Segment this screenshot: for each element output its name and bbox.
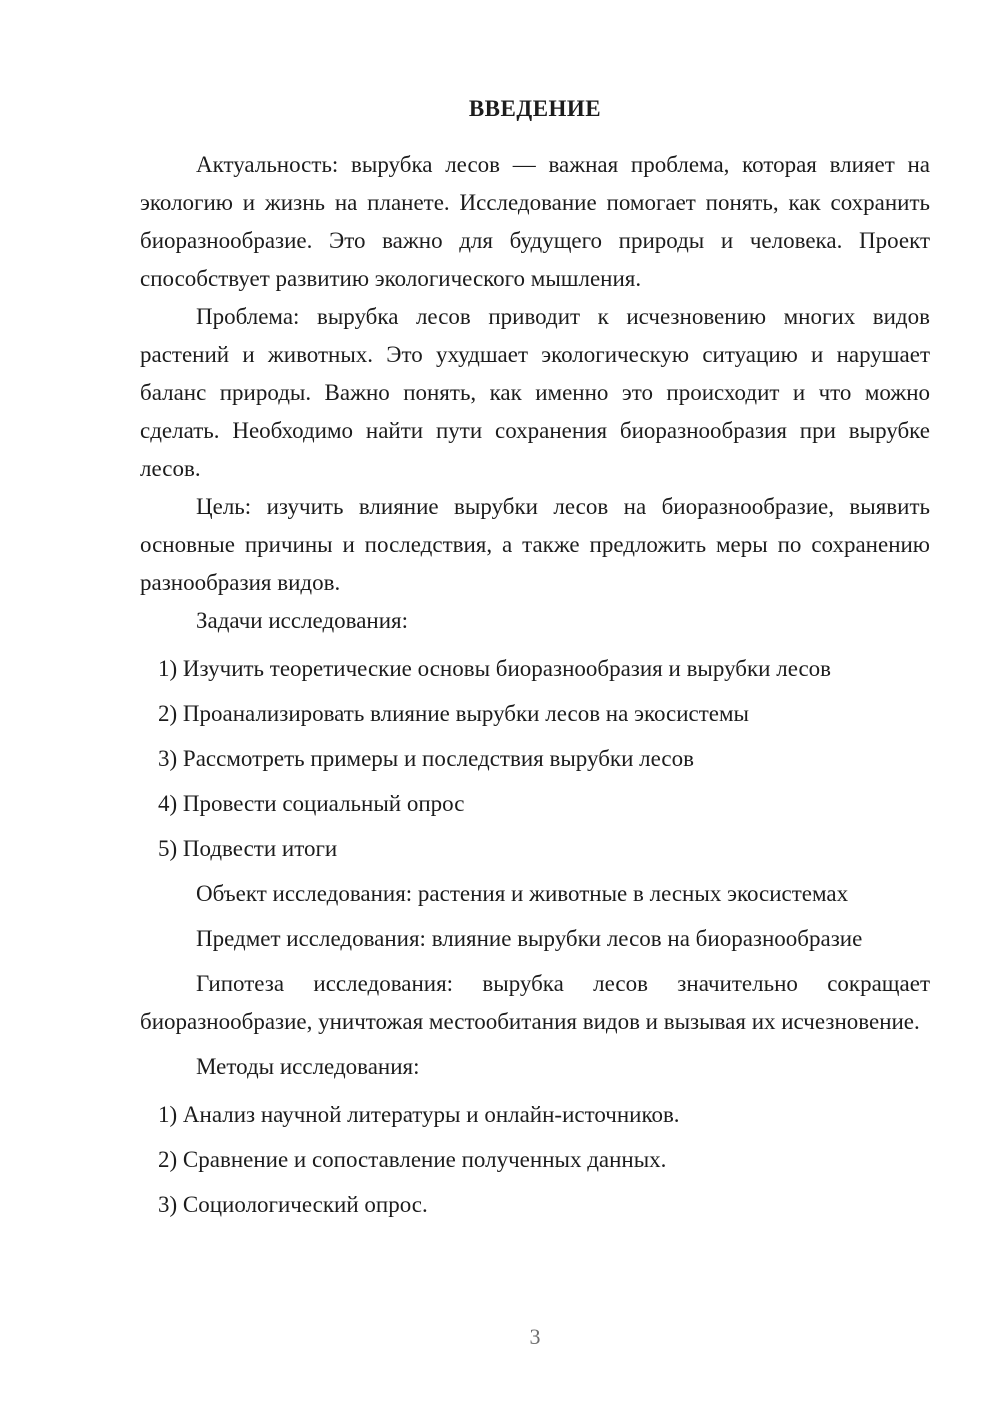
paragraph-problem: Проблема: вырубка лесов приводит к исчез… xyxy=(140,298,930,488)
paragraph-object: Объект исследования: растения и животные… xyxy=(140,875,930,913)
tasks-heading: Задачи исследования: xyxy=(140,602,930,640)
method-item: 2) Сравнение и сопоставление полученных … xyxy=(140,1141,930,1179)
method-item: 1) Анализ научной литературы и онлайн-ис… xyxy=(140,1096,930,1134)
methods-heading: Методы исследования: xyxy=(140,1048,930,1086)
methods-list: 1) Анализ научной литературы и онлайн-ис… xyxy=(140,1096,930,1224)
paragraph-hypothesis: Гипотеза исследования: вырубка лесов зна… xyxy=(140,965,930,1041)
task-item: 4) Провести социальный опрос xyxy=(140,785,930,823)
paragraph-actuality: Актуальность: вырубка лесов — важная про… xyxy=(140,146,930,298)
method-item: 3) Социологический опрос. xyxy=(140,1186,930,1224)
task-item: 1) Изучить теоретические основы биоразно… xyxy=(140,650,930,688)
tasks-list: 1) Изучить теоретические основы биоразно… xyxy=(140,650,930,868)
task-item: 3) Рассмотреть примеры и последствия выр… xyxy=(140,740,930,778)
paragraph-goal: Цель: изучить влияние вырубки лесов на б… xyxy=(140,488,930,602)
document-page: ВВЕДЕНИЕ Актуальность: вырубка лесов — в… xyxy=(0,0,1000,1414)
task-item: 2) Проанализировать влияние вырубки лесо… xyxy=(140,695,930,733)
page-title: ВВЕДЕНИЕ xyxy=(140,94,930,124)
page-number: 3 xyxy=(140,1322,930,1352)
paragraph-subject: Предмет исследования: влияние вырубки ле… xyxy=(140,920,930,958)
task-item: 5) Подвести итоги xyxy=(140,830,930,868)
